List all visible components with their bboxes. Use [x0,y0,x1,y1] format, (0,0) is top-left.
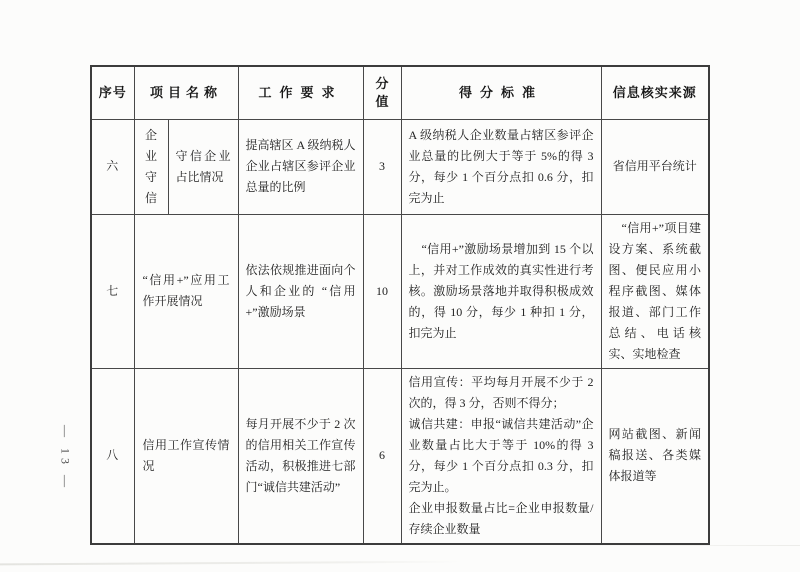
cell-source-eight: 网站截图、新闻稿报送、各类媒体报道等 [601,368,709,544]
header-scoring-standard: 得分标准 [401,66,601,119]
cell-criteria-eight: 信用宣传：平均每月开展不少于 2 次的，得 3 分，否则不得分； 诚信共建：申报… [401,368,601,544]
document-page: — 13 — 序号 项目名称 工作要求 分值 得分标准 信息核实来源 六 企业守… [0,0,800,572]
cell-source-six: 省信用平台统计 [601,119,709,214]
cell-serial-eight: 八 [91,368,134,544]
cell-serial-six: 六 [91,119,134,214]
cell-requirement-eight: 每月开展不少于 2 次的信用相关工作宣传活动，积极推进七部门“诚信共建活动” [238,368,363,544]
cell-source-seven: “信用+”项目建设方案、系统截图、便民应用小程序截图、媒体报道、部门工作总结、电… [601,214,709,368]
criteria-line-publicity: 信用宣传：平均每月开展不少于 2 次的，得 3 分，否则不得分； [409,372,594,414]
cell-requirement-six: 提高辖区 A 级纳税人企业占辖区参评企业总量的比例 [238,119,363,214]
cell-score-six: 3 [363,119,401,214]
table-row-seven: 七 “信用+”应用工作开展情况 依法依规推进面向个人和企业的 “信用+”激励场景… [91,214,709,368]
criteria-line-integrity: 诚信共建：申报“诚信共建活动”企业数量占比大于等于 10%的得 3 分，每少 1… [409,414,594,498]
header-serial-number: 序号 [91,66,134,119]
assessment-table: 序号 项目名称 工作要求 分值 得分标准 信息核实来源 六 企业守信 守信企业占… [90,65,710,545]
header-score-value: 分值 [363,66,401,119]
cell-project-name-seven: “信用+”应用工作开展情况 [134,214,238,368]
cell-requirement-seven: 依法依规推进面向个人和企业的 “信用+”激励场景 [238,214,363,368]
scan-edge-artifact [0,561,464,566]
cell-project-name-eight: 信用工作宣传情况 [134,368,238,544]
header-work-requirement: 工作要求 [238,66,363,119]
cell-criteria-seven: “信用+”激励场景增加到 15 个以上，并对工作成效的真实性进行考核。激励场景落… [401,214,601,368]
header-project-name: 项目名称 [134,66,238,119]
table-row-eight: 八 信用工作宣传情况 每月开展不少于 2 次的信用相关工作宣传活动，积极推进七部… [91,368,709,544]
page-number: — 13 — [58,425,73,491]
table-header-row: 序号 项目名称 工作要求 分值 得分标准 信息核实来源 [91,66,709,119]
cell-criteria-six: A 级纳税人企业数量占辖区参评企业总量的比例大于等于 5%的得 3 分，每少 1… [401,119,601,214]
cell-category-six: 企业守信 [134,119,168,214]
cell-score-seven: 10 [363,214,401,368]
cell-score-eight: 6 [363,368,401,544]
cell-project-name-six: 守信企业占比情况 [168,119,238,214]
table-row-six: 六 企业守信 守信企业占比情况 提高辖区 A 级纳税人企业占辖区参评企业总量的比… [91,119,709,214]
header-info-source: 信息核实来源 [601,66,709,119]
criteria-line-formula: 企业申报数量占比=企业申报数量/存续企业数量 [409,498,594,540]
cell-serial-seven: 七 [91,214,134,368]
scan-edge-artifact [544,545,800,546]
